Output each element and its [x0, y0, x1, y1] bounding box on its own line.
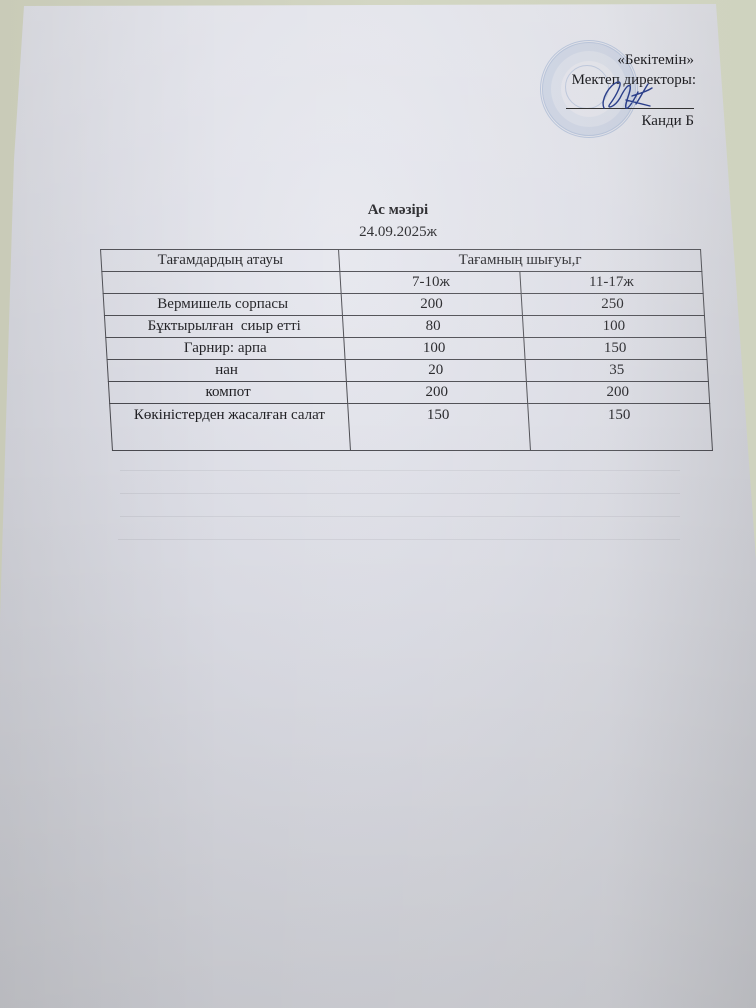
show-through-line [120, 493, 680, 494]
table-header-row: Тағамдардың атауы Тағамның шығуы,г [101, 250, 702, 272]
dish-name: Көкіністерден жасалған салат [110, 404, 351, 451]
document-title: Ас мәзірі [0, 202, 756, 219]
yield-11-17: 200 [526, 382, 709, 404]
yield-11-17: 150 [524, 338, 707, 360]
table-row: Гарнир: арпа 100 150 [106, 338, 707, 360]
yield-11-17: 150 [528, 404, 713, 451]
yield-11-17: 100 [522, 316, 705, 338]
show-through-line [120, 516, 680, 517]
table-row: нан 20 35 [107, 360, 708, 382]
dish-name: нан [107, 360, 346, 382]
yield-11-17: 35 [525, 360, 708, 382]
signature-icon [596, 78, 656, 112]
document-date: 24.09.2025ж [0, 224, 756, 241]
table-row: компот 200 200 [108, 382, 709, 404]
yield-7-10: 150 [348, 404, 531, 451]
show-through-line [118, 539, 680, 540]
paper-sheet: «Бекітемін» Мектеп директоры: Канди Б Ас… [0, 0, 756, 1008]
dish-name: Гарнир: арпа [106, 338, 345, 360]
header-age-7-10: 7-10ж [340, 272, 521, 294]
dish-name: компот [108, 382, 347, 404]
table-row: Бұктырылған сиыр етті 80 100 [104, 316, 705, 338]
director-name: Канди Б [566, 111, 694, 131]
show-through-line [120, 470, 680, 471]
dish-name: Бұктырылған сиыр етті [104, 316, 343, 338]
menu-table: Тағамдардың атауы Тағамның шығуы,г 7-10ж… [100, 249, 712, 451]
dish-name: Вермишель сорпасы [103, 294, 342, 316]
yield-7-10: 200 [346, 382, 527, 404]
table-subheader-row: 7-10ж 11-17ж [102, 272, 703, 294]
approval-title: «Бекітемін» [566, 50, 694, 70]
yield-7-10: 80 [342, 316, 523, 338]
yield-7-10: 200 [341, 294, 522, 316]
header-empty [102, 272, 341, 294]
yield-7-10: 20 [345, 360, 526, 382]
table-row: Вермишель сорпасы 200 250 [103, 294, 704, 316]
header-dish-name: Тағамдардың атауы [101, 250, 340, 272]
yield-7-10: 100 [344, 338, 525, 360]
yield-11-17: 250 [521, 294, 704, 316]
header-yield: Тағамның шығуы,г [339, 250, 702, 272]
table-row: Көкіністерден жасалған салат 150 150 [110, 404, 713, 451]
header-age-11-17: 11-17ж [520, 272, 703, 294]
